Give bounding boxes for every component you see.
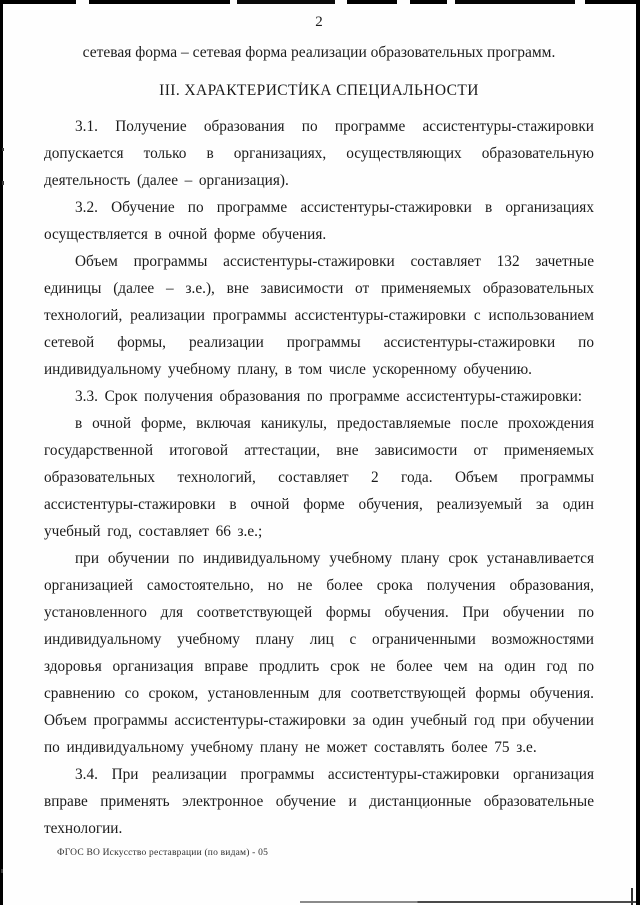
scan-speck xyxy=(2,181,4,185)
scan-artifact-right-edge xyxy=(636,0,640,905)
scan-artifact-left-edge xyxy=(0,0,3,905)
page-number: 2 xyxy=(44,14,594,31)
paragraph-3-4: 3.4. При реализации программы ассистенту… xyxy=(44,761,594,842)
section-heading: III. ХАРАКТЕРИСТИКА СПЕЦИАЛЬНОСТИ xyxy=(44,82,594,100)
paragraph-3-1: 3.1. Получение образования по программе … xyxy=(44,113,594,194)
definition-line: сетевая форма – сетевая форма реализации… xyxy=(44,44,594,62)
body-text: 3.1. Получение образования по программе … xyxy=(44,113,594,842)
scan-artifact-bottom-tick xyxy=(631,888,633,905)
paragraph-3-2: 3.2. Обучение по программе ассистентуры-… xyxy=(44,194,594,248)
page-content: 2 сетевая форма – сетевая форма реализац… xyxy=(44,0,594,842)
paragraph-term-fulltime: в очной форме, включая каникулы, предост… xyxy=(44,410,594,545)
scanned-document-page: 2 сетевая форма – сетевая форма реализац… xyxy=(0,0,640,905)
scan-speck xyxy=(1,869,3,873)
paragraph-volume: Объем программы ассистентуры-стажировки … xyxy=(44,248,594,383)
paragraph-3-3: 3.3. Срок получения образования по прогр… xyxy=(44,383,594,410)
paragraph-term-individual: при обучении по индивидуальному учебному… xyxy=(44,545,594,761)
scan-speck xyxy=(2,148,4,151)
scan-artifact-bottom-line xyxy=(300,901,636,903)
footer-document-code: ФГОС ВО Искусство реставрации (по видам)… xyxy=(57,848,268,858)
